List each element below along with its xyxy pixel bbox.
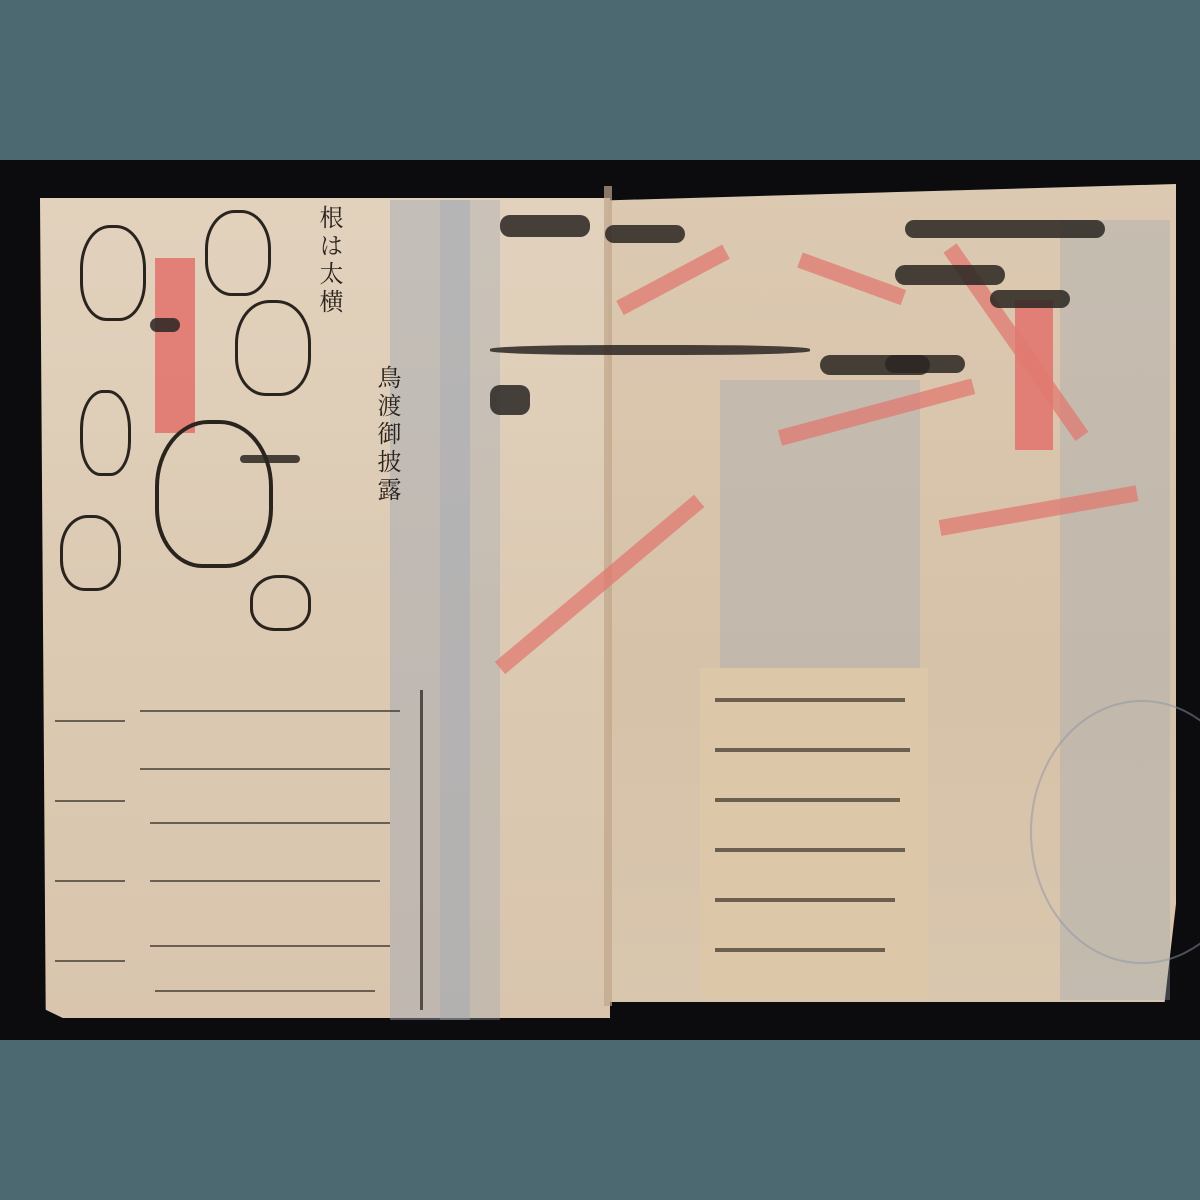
brush-stroke	[820, 355, 930, 375]
cursive-line	[715, 848, 905, 852]
brush-stroke	[895, 265, 1005, 285]
cursive-line	[150, 822, 390, 824]
cursive-line	[55, 720, 125, 722]
hairpin-stroke	[240, 455, 300, 463]
kabuki-face-sketch	[60, 515, 121, 591]
brush-stroke	[500, 215, 590, 237]
cursive-line	[150, 880, 380, 882]
left-paper-sheet	[40, 198, 610, 1018]
red-print-bar	[155, 258, 195, 433]
cursive-line	[715, 698, 905, 702]
cursive-column	[420, 690, 423, 1010]
handwritten-note-block	[700, 668, 928, 998]
cursive-line	[140, 710, 400, 712]
brush-stroke	[905, 220, 1105, 238]
kabuki-face-sketch	[205, 210, 271, 296]
cursive-line	[140, 768, 390, 770]
label-nehafuto: 根は太横	[312, 205, 347, 317]
cursive-line	[55, 880, 125, 882]
cursive-line	[55, 800, 125, 802]
ink-blot	[150, 318, 180, 332]
label-chotto-gohiro: 鳥渡御披露	[370, 365, 405, 505]
cursive-line	[715, 898, 895, 902]
cursive-line	[715, 798, 900, 802]
kabuki-face-sketch	[80, 225, 146, 321]
cursive-line	[150, 945, 390, 947]
center-fold	[604, 186, 612, 1006]
kabuki-face-sketch	[235, 300, 311, 396]
cursive-line	[715, 748, 910, 752]
woodblock-grey-area	[440, 200, 500, 1020]
brush-stroke	[990, 290, 1070, 308]
cursive-line	[55, 960, 125, 962]
kabuki-face-sketch	[80, 390, 131, 476]
brush-stroke	[490, 345, 810, 355]
brush-stroke	[605, 225, 685, 243]
kabuki-face-sketch	[250, 575, 311, 631]
kabuki-face-sketch	[155, 420, 273, 568]
cursive-line	[155, 990, 375, 992]
cursive-line	[715, 948, 885, 952]
brush-stroke	[490, 385, 530, 415]
